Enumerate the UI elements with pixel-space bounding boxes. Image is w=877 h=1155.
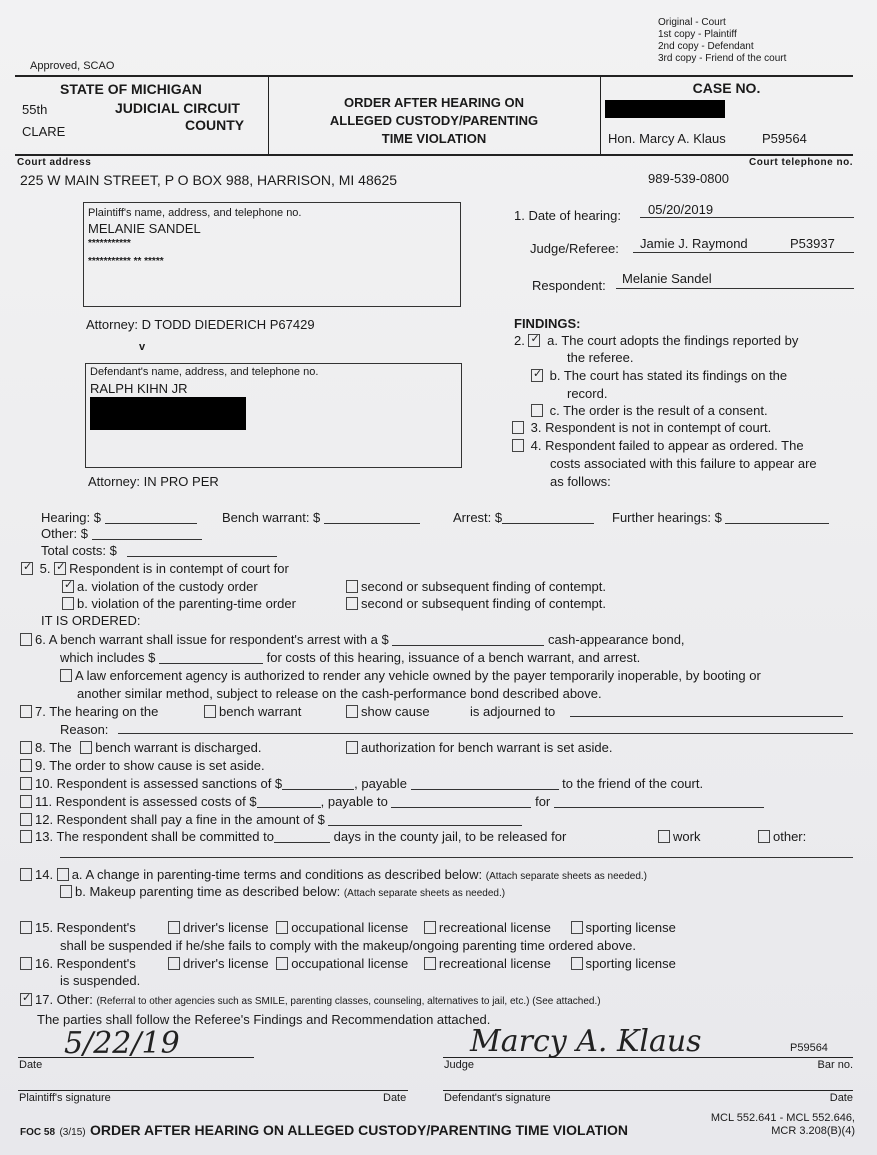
finding-4: 4. Respondent failed to appear as ordere… <box>512 438 804 453</box>
defendant-signature-line[interactable] <box>443 1090 853 1091</box>
item-7-bench-warrant-text: bench warrant <box>219 704 301 719</box>
bar-no-label: Bar no. <box>818 1059 853 1071</box>
item-10-checkbox[interactable] <box>20 777 32 790</box>
item-17-note: (Referral to other agencies such as SMIL… <box>96 996 600 1007</box>
item-7-checkbox[interactable] <box>20 705 32 718</box>
finding-2c-checkbox[interactable] <box>531 404 543 417</box>
cost-hearing: Hearing: $ <box>41 510 197 525</box>
item-5b-second: second or subsequent finding of contempt… <box>346 596 606 611</box>
costs-amount-field[interactable] <box>257 796 321 808</box>
copy-line: 1st copy - Plaintiff <box>658 29 786 41</box>
item-11: 11. Respondent is assessed costs of $, p… <box>20 794 764 809</box>
form-title-line: TIME VIOLATION <box>268 130 600 148</box>
item-13-release: days in the county jail, to be released … <box>334 829 567 844</box>
license-recreational: recreational license <box>439 920 551 935</box>
item-15-drivers-checkbox[interactable] <box>168 921 180 934</box>
item-5a: a. violation of the custody order <box>62 579 258 594</box>
respondent-value: Melanie Sandel <box>622 271 712 286</box>
item-11-text: 11. Respondent is assessed costs of $ <box>35 794 257 809</box>
cost-total: Total costs: $ <box>41 543 277 558</box>
cost-other: Other: $ <box>41 526 202 541</box>
item-13-text: 13. The respondent shall be committed to <box>35 829 274 844</box>
item-10-end: to the friend of the court. <box>562 776 703 791</box>
respondent-label: Respondent: <box>532 278 606 293</box>
item-7-bench-warrant-checkbox[interactable] <box>204 705 216 718</box>
form-title: ORDER AFTER HEARING ON ALLEGED CUSTODY/P… <box>268 94 600 148</box>
item-14: 14. a. A change in parenting-time terms … <box>20 867 647 882</box>
footer-citations: MCL 552.641 - MCL 552.646, MCR 3.208(B)(… <box>711 1112 855 1138</box>
finding-4-cont: as follows: <box>550 474 611 489</box>
item-14b-text: b. Makeup parenting time as described be… <box>75 884 340 899</box>
judge-name: Hon. Marcy A. Klaus <box>608 131 726 146</box>
footer-form-title: ORDER AFTER HEARING ON ALLEGED CUSTODY/P… <box>90 1122 628 1138</box>
license-occupational: occupational license <box>291 920 408 935</box>
costs-for-field[interactable] <box>554 796 764 808</box>
item-6-line2-a: which includes $ <box>60 650 155 665</box>
item-10: 10. Respondent is assessed sanctions of … <box>20 776 703 791</box>
item-6-end: cash-appearance bond, <box>548 632 685 647</box>
state-label: STATE OF MICHIGAN <box>60 81 202 97</box>
finding-3-checkbox[interactable] <box>512 421 524 434</box>
item-5b-checkbox[interactable] <box>62 597 74 610</box>
item-13-other-checkbox[interactable] <box>758 830 770 843</box>
court-address: 225 W MAIN STREET, P O BOX 988, HARRISON… <box>20 172 397 188</box>
sanctions-amount-field[interactable] <box>282 778 354 790</box>
fine-amount-field[interactable] <box>328 814 522 826</box>
item-12-checkbox[interactable] <box>20 813 32 826</box>
versus: v <box>139 341 145 353</box>
court-phone-label: Court telephone no. <box>749 157 853 168</box>
item-5b-text: b. violation of the parenting-time order <box>77 596 296 611</box>
cost-total-label: Total costs: $ <box>41 543 117 558</box>
item-5a-checkbox[interactable] <box>62 580 74 593</box>
case-no-label: CASE NO. <box>600 80 853 96</box>
item-7-show-cause: show cause <box>346 704 430 719</box>
plaintiff-city-redacted: *********** ** ***** <box>88 256 164 267</box>
item-6-checkbox[interactable] <box>20 633 32 646</box>
date-label: Date <box>19 1059 42 1071</box>
copy-line: 2nd copy - Defendant <box>658 41 786 53</box>
item-14-checkbox[interactable] <box>20 868 32 881</box>
license-sporting: sporting license <box>586 920 676 935</box>
circuit-number: 55th <box>22 102 47 117</box>
item-6-vehicle-text: A law enforcement agency is authorized t… <box>75 668 761 683</box>
plaintiff-signature-line[interactable] <box>18 1090 408 1091</box>
item-16-checkbox[interactable] <box>20 957 32 970</box>
circuit-label: JUDICIAL CIRCUIT <box>115 100 240 116</box>
cost-bench-warrant-field[interactable] <box>324 512 420 524</box>
item-11-payable: , payable to <box>321 794 388 809</box>
finding-2b-checkbox[interactable] <box>531 369 543 382</box>
form-title-line: ORDER AFTER HEARING ON <box>268 94 600 112</box>
plaintiff-attorney: Attorney: D TODD DIEDERICH P67429 <box>86 317 315 332</box>
item-6-line2: which includes $ for costs of this heari… <box>60 650 640 665</box>
license-occupational: occupational license <box>291 956 408 971</box>
bond-amount-field[interactable] <box>392 634 544 646</box>
finding-2b-text: b. The court has stated its findings on … <box>550 368 788 383</box>
county-name: CLARE <box>22 124 65 139</box>
cost-hearing-label: Hearing: $ <box>41 510 101 525</box>
license-drivers: driver's license <box>183 920 269 935</box>
item-11-for: for <box>535 794 550 809</box>
item-14a-note: (Attach separate sheets as needed.) <box>486 871 647 882</box>
item-14a-checkbox[interactable] <box>57 868 69 881</box>
finding-3-text: 3. Respondent is not in contempt of cour… <box>531 420 772 435</box>
item-8-authorization-text: authorization for bench warrant is set a… <box>361 740 612 755</box>
defendant-date-label: Date <box>830 1092 853 1104</box>
item-16-licenses: driver's license occupational license re… <box>168 956 676 971</box>
item-14b: b. Makeup parenting time as described be… <box>60 884 505 899</box>
item-7-text: 7. The hearing on the <box>35 704 158 719</box>
defendant-label: Defendant's name, address, and telephone… <box>90 366 318 378</box>
item-16: 16. Respondent's <box>20 956 136 971</box>
reason-field[interactable] <box>118 721 853 734</box>
item-13-work-checkbox[interactable] <box>658 830 670 843</box>
item-15-text: 15. Respondent's <box>35 920 136 935</box>
plaintiff-label: Plaintiff's name, address, and telephone… <box>88 207 302 219</box>
form-title-line: ALLEGED CUSTODY/PARENTING <box>268 112 600 130</box>
item-13-other-text: other: <box>773 829 806 844</box>
item-6-vehicle-cont: another similar method, subject to relea… <box>77 686 602 701</box>
hearing-date-label: 1. Date of hearing: <box>514 208 621 223</box>
item-5b-second-text: second or subsequent finding of contempt… <box>361 596 606 611</box>
jail-days-field[interactable] <box>274 831 330 843</box>
finding-2b-cont: record. <box>567 386 607 401</box>
item-7-show-cause-checkbox[interactable] <box>346 705 358 718</box>
item-9: 9. The order to show cause is set aside. <box>20 758 265 773</box>
redacted-defendant-address <box>90 397 246 430</box>
item-16-drivers-checkbox[interactable] <box>168 957 180 970</box>
item-8: 8. The bench warrant is discharged. <box>20 740 261 755</box>
hearing-date-value: 05/20/2019 <box>648 202 713 217</box>
finding-2c: c. The order is the result of a consent. <box>531 403 768 418</box>
mcl-citation: MCL 552.641 - MCL 552.646, <box>711 1112 855 1125</box>
item-8-checkbox[interactable] <box>20 741 32 754</box>
copy-line: 3rd copy - Friend of the court <box>658 53 786 65</box>
item-6-text: 6. A bench warrant shall issue for respo… <box>35 632 389 647</box>
item-8-authorization: authorization for bench warrant is set a… <box>346 740 612 755</box>
form-number: FOC 58 <box>20 1127 55 1138</box>
cost-further-label: Further hearings: $ <box>612 510 722 525</box>
referee-bar: P53937 <box>790 236 835 251</box>
item-13: 13. The respondent shall be committed to… <box>20 829 566 844</box>
it-is-ordered-heading: IT IS ORDERED: <box>41 613 140 628</box>
item-11-checkbox[interactable] <box>20 795 32 808</box>
item-14b-checkbox[interactable] <box>60 885 72 898</box>
findings-heading: FINDINGS: <box>514 316 580 331</box>
item-5b: b. violation of the parenting-time order <box>62 596 296 611</box>
finding-2a-cont: the referee. <box>567 350 634 365</box>
license-recreational: recreational license <box>439 956 551 971</box>
item-13-work: work <box>658 829 700 844</box>
cost-total-field[interactable] <box>127 545 277 557</box>
item-13-other: other: <box>758 829 806 844</box>
adjourned-date-field[interactable] <box>570 704 843 717</box>
item-17: 17. Other: (Referral to other agencies s… <box>20 992 601 1007</box>
defendant-name: RALPH KIHN JR <box>90 381 188 396</box>
finding-3: 3. Respondent is not in contempt of cour… <box>512 420 771 435</box>
court-phone: 989-539-0800 <box>648 171 729 186</box>
item-5a-second-text: second or subsequent finding of contempt… <box>361 579 606 594</box>
costs-payable-field[interactable] <box>391 796 531 808</box>
item-5b-second-checkbox[interactable] <box>346 597 358 610</box>
judge-signature: Marcy A. Klaus <box>470 1024 702 1059</box>
item-8-bench-warrant-text: bench warrant is discharged. <box>95 740 261 755</box>
item-7-adjourned: is adjourned to <box>470 704 555 719</box>
divider <box>15 154 853 156</box>
redacted-case-number <box>605 100 725 118</box>
plaintiff-signature-label: Plaintiff's signature <box>19 1092 111 1104</box>
cost-arrest: Arrest: $ <box>453 510 594 525</box>
bar-number: P59564 <box>790 1042 828 1054</box>
item-5a-second: second or subsequent finding of contempt… <box>346 579 606 594</box>
plaintiff-date-label: Date <box>383 1092 406 1104</box>
item-5a-text: a. violation of the custody order <box>77 579 258 594</box>
finding-2a-text: a. The court adopts the findings reporte… <box>547 333 798 348</box>
item-16-recreational-checkbox[interactable] <box>424 957 436 970</box>
item-12-text: 12. Respondent shall pay a fine in the a… <box>35 812 325 827</box>
finding-2c-text: c. The order is the result of a consent. <box>550 403 768 418</box>
item-5-checkbox[interactable] <box>21 562 33 575</box>
item-13-work-text: work <box>673 829 700 844</box>
item-17-text: 17. Other: <box>35 992 93 1007</box>
cost-hearing-field[interactable] <box>105 512 197 524</box>
item-15: 15. Respondent's <box>20 920 136 935</box>
cost-further-field[interactable] <box>725 512 829 524</box>
item-15-checkbox[interactable] <box>20 921 32 934</box>
item-16-text: 16. Respondent's <box>35 956 136 971</box>
cost-further: Further hearings: $ <box>612 510 829 525</box>
item-6-line2-b: for costs of this hearing, issuance of a… <box>267 650 641 665</box>
cost-bench-warrant-label: Bench warrant: $ <box>222 510 320 525</box>
item-15-sporting-checkbox[interactable] <box>571 921 583 934</box>
item-5: 5. Respondent is in contempt of court fo… <box>21 561 289 576</box>
cost-bench-warrant: Bench warrant: $ <box>222 510 420 525</box>
copy-line: Original - Court <box>658 17 786 29</box>
finding-2a-checkbox[interactable] <box>528 334 540 347</box>
plaintiff-address-redacted: *********** <box>88 238 131 249</box>
item-9-checkbox[interactable] <box>20 759 32 772</box>
item-6-vehicle-checkbox[interactable] <box>60 669 72 682</box>
county-label: COUNTY <box>185 117 244 133</box>
form-revision: (3/15) <box>59 1127 85 1138</box>
license-drivers: driver's license <box>183 956 269 971</box>
item-7: 7. The hearing on the <box>20 704 158 719</box>
item-8-text: 8. The <box>35 740 72 755</box>
item-number: 2. <box>514 333 525 348</box>
finding-4-checkbox[interactable] <box>512 439 524 452</box>
judge-signature-line[interactable] <box>443 1057 853 1058</box>
cost-other-label: Other: $ <box>41 526 88 541</box>
item-10-payable: , payable <box>354 776 407 791</box>
approved-label: Approved, SCAO <box>30 60 114 72</box>
plaintiff-name: MELANIE SANDEL <box>88 221 201 236</box>
item-6-vehicle: A law enforcement agency is authorized t… <box>60 668 761 683</box>
item-5-text: Respondent is in contempt of court for <box>69 561 289 576</box>
item-6: 6. A bench warrant shall issue for respo… <box>20 632 685 647</box>
item-7-bench-warrant: bench warrant <box>204 704 301 719</box>
defendant-signature-label: Defendant's signature <box>444 1092 551 1104</box>
item-7-show-cause-text: show cause <box>361 704 430 719</box>
costs-included-field[interactable] <box>159 652 263 664</box>
item-15-occupational-checkbox[interactable] <box>276 921 288 934</box>
item-13-checkbox[interactable] <box>20 830 32 843</box>
divider <box>15 75 853 77</box>
license-sporting: sporting license <box>586 956 676 971</box>
defendant-attorney: Attorney: IN PRO PER <box>88 474 219 489</box>
item-number: 14. <box>35 867 53 882</box>
finding-2b: b. The court has stated its findings on … <box>531 368 787 383</box>
referee-value: Jamie J. Raymond <box>640 236 748 251</box>
item-9-text: 9. The order to show cause is set aside. <box>35 758 265 773</box>
item-15-recreational-checkbox[interactable] <box>424 921 436 934</box>
item-14a-text: a. A change in parenting-time terms and … <box>72 867 482 882</box>
mcr-citation: MCR 3.208(B)(4) <box>711 1125 855 1138</box>
cost-other-field[interactable] <box>92 528 202 540</box>
item-17-text-entry: The parties shall follow the Referee's F… <box>37 1012 490 1027</box>
item-17-checkbox[interactable] <box>20 993 32 1006</box>
item-16-occupational-checkbox[interactable] <box>276 957 288 970</box>
item-8-bench-warrant-checkbox[interactable] <box>80 741 92 754</box>
sanctions-payable-field[interactable] <box>411 778 559 790</box>
item-15-licenses: driver's license occupational license re… <box>168 920 676 935</box>
finding-4-text: 4. Respondent failed to appear as ordere… <box>531 438 804 453</box>
court-address-label: Court address <box>17 157 91 168</box>
item-8-authorization-checkbox[interactable] <box>346 741 358 754</box>
judge-label: Judge <box>444 1059 474 1071</box>
item-14b-note: (Attach separate sheets as needed.) <box>344 888 505 899</box>
copy-distribution: Original - Court 1st copy - Plaintiff 2n… <box>658 17 786 65</box>
referee-label: Judge/Referee: <box>530 241 619 256</box>
date-signature-line[interactable] <box>18 1057 254 1058</box>
item-10-text: 10. Respondent is assessed sanctions of … <box>35 776 282 791</box>
item-5-contempt-checkbox[interactable] <box>54 562 66 575</box>
court-form-page: Approved, SCAO Original - Court 1st copy… <box>0 0 877 1155</box>
cost-arrest-field[interactable] <box>502 512 594 524</box>
finding-2a: 2. a. The court adopts the findings repo… <box>514 333 798 348</box>
item-15-cont: shall be suspended if he/she fails to co… <box>60 938 636 953</box>
item-13-other-field[interactable] <box>60 845 853 858</box>
item-5a-second-checkbox[interactable] <box>346 580 358 593</box>
judge-bar: P59564 <box>762 131 807 146</box>
date-signed-handwritten: 5/22/19 <box>64 1026 180 1061</box>
cost-arrest-label: Arrest: $ <box>453 510 502 525</box>
item-12: 12. Respondent shall pay a fine in the a… <box>20 812 522 827</box>
item-16-sporting-checkbox[interactable] <box>571 957 583 970</box>
item-number: 5. <box>40 561 51 576</box>
footer-title: FOC 58 (3/15) ORDER AFTER HEARING ON ALL… <box>20 1122 628 1140</box>
item-7-reason: Reason: <box>60 722 108 737</box>
finding-4-cont: costs associated with this failure to ap… <box>550 456 817 471</box>
item-16-cont: is suspended. <box>60 973 140 988</box>
